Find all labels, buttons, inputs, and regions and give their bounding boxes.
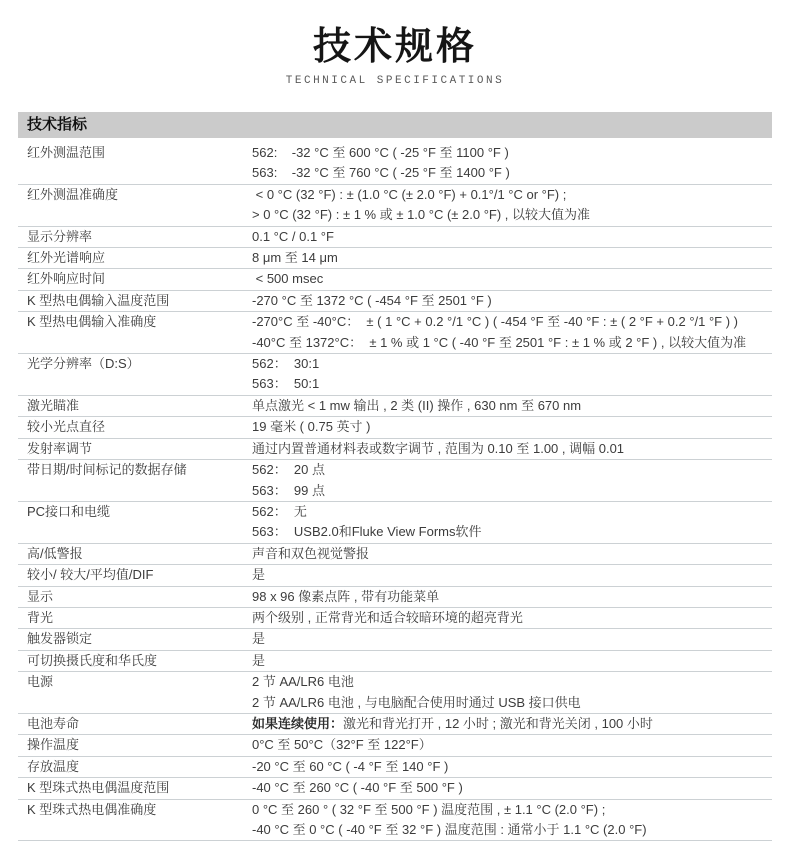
spec-table: 红外测温范围 562: -32 °C 至 600 °C ( -25 °F 至 1… (18, 143, 772, 841)
spec-row: 红外测温范围 562: -32 °C 至 600 °C ( -25 °F 至 1… (18, 143, 772, 185)
spec-value-line: -40 °C 至 0 °C ( -40 °F 至 32 °F ) 温度范围 : … (252, 820, 772, 840)
spec-values: -40 °C 至 260 °C ( -40 °F 至 500 °F ) (252, 778, 772, 798)
spec-value-line: 98 x 96 像素点阵 , 带有功能菜单 (252, 587, 772, 607)
spec-row: 带日期/时间标记的数据存储 562： 20 点563： 99 点 (18, 460, 772, 502)
spec-label: 显示 (18, 587, 252, 607)
spec-value-line: 声音和双色视觉警报 (252, 544, 772, 564)
spec-label: 存放温度 (18, 757, 252, 777)
spec-value-line: 562： 30:1 (252, 354, 772, 374)
spec-values: 562: -32 °C 至 600 °C ( -25 °F 至 1100 °F … (252, 143, 772, 184)
spec-row: 红外光谱响应 8 μm 至 14 μm (18, 248, 772, 269)
spec-values: 19 毫米 ( 0.75 英寸 ) (252, 417, 772, 437)
spec-values: 声音和双色视觉警报 (252, 544, 772, 564)
spec-label: 显示分辨率 (18, 227, 252, 247)
spec-value-line: 如果连续使用：激光和背光打开 , 12 小时 ; 激光和背光关闭 , 100 小… (252, 714, 772, 734)
spec-label: 红外测温范围 (18, 143, 252, 184)
spec-label: 红外光谱响应 (18, 248, 252, 268)
spec-row: 红外测温准确度 < 0 °C (32 °F) : ± (1.0 °C (± 2.… (18, 185, 772, 227)
spec-values: -20 °C 至 60 °C ( -4 °F 至 140 °F ) (252, 757, 772, 777)
spec-value-line: 563： 99 点 (252, 481, 772, 501)
spec-value-line: 562: -32 °C 至 600 °C ( -25 °F 至 1100 °F … (252, 143, 772, 163)
spec-label: 激光瞄准 (18, 396, 252, 416)
spec-value-line: 19 毫米 ( 0.75 英寸 ) (252, 417, 772, 437)
spec-value-line: 2 节 AA/LR6 电池 , 与电脑配合使用时通过 USB 接口供电 (252, 693, 772, 713)
spec-values: 98 x 96 像素点阵 , 带有功能菜单 (252, 587, 772, 607)
spec-value-line: 两个级别 , 正常背光和适合较暗环境的超亮背光 (252, 608, 772, 628)
spec-label: 高/低警报 (18, 544, 252, 564)
spec-label: K 型热电偶输入温度范围 (18, 291, 252, 311)
page-title: 技术规格 (0, 24, 790, 70)
spec-label: PC接口和电缆 (18, 502, 252, 543)
spec-row: 触发器锁定 是 (18, 629, 772, 650)
spec-row: 发射率调节 通过内置普通材料表或数字调节 , 范围为 0.10 至 1.00 ,… (18, 439, 772, 460)
spec-row: 显示 98 x 96 像素点阵 , 带有功能菜单 (18, 587, 772, 608)
spec-row: K 型珠式热电偶准确度 0 °C 至 260 ° ( 32 °F 至 500 °… (18, 800, 772, 842)
spec-row: 电源 2 节 AA/LR6 电池2 节 AA/LR6 电池 , 与电脑配合使用时… (18, 672, 772, 714)
spec-values: 是 (252, 651, 772, 671)
spec-values: -270°C 至 -40°C： ± ( 1 °C + 0.2 °/1 °C ) … (252, 312, 772, 353)
spec-values: 是 (252, 629, 772, 649)
spec-value-line: < 0 °C (32 °F) : ± (1.0 °C (± 2.0 °F) + … (252, 185, 772, 205)
spec-value-line: -20 °C 至 60 °C ( -4 °F 至 140 °F ) (252, 757, 772, 777)
title-block: 技术规格 TECHNICAL SPECIFICATIONS (0, 0, 790, 87)
spec-label: 光学分辨率（D:S） (18, 354, 252, 395)
spec-values: 两个级别 , 正常背光和适合较暗环境的超亮背光 (252, 608, 772, 628)
spec-values: 562： 无563： USB2.0和Fluke View Forms软件 (252, 502, 772, 543)
spec-value-line: 0.1 °C / 0.1 °F (252, 227, 772, 247)
spec-label: 较小/ 较大/平均值/DIF (18, 565, 252, 585)
spec-value-line: 8 μm 至 14 μm (252, 248, 772, 268)
spec-label: 发射率调节 (18, 439, 252, 459)
spec-label: 较小光点直径 (18, 417, 252, 437)
spec-values: 通过内置普通材料表或数字调节 , 范围为 0.10 至 1.00 , 调幅 0.… (252, 439, 772, 459)
spec-value-line: 是 (252, 629, 772, 649)
spec-row: 光学分辨率（D:S） 562： 30:1563： 50:1 (18, 354, 772, 396)
spec-row: K 型珠式热电偶温度范围 -40 °C 至 260 °C ( -40 °F 至 … (18, 778, 772, 799)
spec-values: 如果连续使用：激光和背光打开 , 12 小时 ; 激光和背光关闭 , 100 小… (252, 714, 772, 734)
spec-value-line: -270°C 至 -40°C： ± ( 1 °C + 0.2 °/1 °C ) … (252, 312, 772, 332)
spec-row: 存放温度 -20 °C 至 60 °C ( -4 °F 至 140 °F ) (18, 757, 772, 778)
spec-label: 红外响应时间 (18, 269, 252, 289)
spec-values: < 0 °C (32 °F) : ± (1.0 °C (± 2.0 °F) + … (252, 185, 772, 226)
spec-label: 可切换摄氏度和华氏度 (18, 651, 252, 671)
spec-value-line: 562： 无 (252, 502, 772, 522)
spec-values: < 500 msec (252, 269, 772, 289)
spec-label: K 型热电偶输入准确度 (18, 312, 252, 353)
spec-value-line: 0°C 至 50°C（32°F 至 122°F） (252, 735, 772, 755)
spec-row: 激光瞄准 单点激光 < 1 mw 输出 , 2 类 (II) 操作 , 630 … (18, 396, 772, 417)
spec-values: 0°C 至 50°C（32°F 至 122°F） (252, 735, 772, 755)
spec-value-line: < 500 msec (252, 269, 772, 289)
spec-value-line: 563： USB2.0和Fluke View Forms软件 (252, 522, 772, 542)
spec-values: 562： 30:1563： 50:1 (252, 354, 772, 395)
spec-value-line: 563： 50:1 (252, 374, 772, 394)
spec-values: 0.1 °C / 0.1 °F (252, 227, 772, 247)
spec-value-line: 563: -32 °C 至 760 °C ( -25 °F 至 1400 °F … (252, 163, 772, 183)
spec-value-line: -40 °C 至 260 °C ( -40 °F 至 500 °F ) (252, 778, 772, 798)
spec-value-line: 通过内置普通材料表或数字调节 , 范围为 0.10 至 1.00 , 调幅 0.… (252, 439, 772, 459)
spec-label: 触发器锁定 (18, 629, 252, 649)
spec-page: 技术规格 TECHNICAL SPECIFICATIONS 技术指标 红外测温范… (0, 0, 790, 853)
spec-label: 操作温度 (18, 735, 252, 755)
spec-row: 显示分辨率 0.1 °C / 0.1 °F (18, 227, 772, 248)
spec-values: 0 °C 至 260 ° ( 32 °F 至 500 °F ) 温度范围 , ±… (252, 800, 772, 841)
spec-row: 背光 两个级别 , 正常背光和适合较暗环境的超亮背光 (18, 608, 772, 629)
spec-row: K 型热电偶输入温度范围 -270 °C 至 1372 °C ( -454 °F… (18, 291, 772, 312)
spec-row: K 型热电偶输入准确度 -270°C 至 -40°C： ± ( 1 °C + 0… (18, 312, 772, 354)
spec-value-line: 2 节 AA/LR6 电池 (252, 672, 772, 692)
spec-label: 红外测温准确度 (18, 185, 252, 226)
spec-label: 背光 (18, 608, 252, 628)
spec-value-line: > 0 °C (32 °F) : ± 1 % 或 ± 1.0 °C (± 2.0… (252, 205, 772, 225)
spec-label: 带日期/时间标记的数据存储 (18, 460, 252, 501)
spec-row: 电池寿命 如果连续使用：激光和背光打开 , 12 小时 ; 激光和背光关闭 , … (18, 714, 772, 735)
spec-values: 单点激光 < 1 mw 输出 , 2 类 (II) 操作 , 630 nm 至 … (252, 396, 772, 416)
spec-value-line: -40°C 至 1372°C： ± 1 % 或 1 °C ( -40 °F 至 … (252, 333, 772, 353)
spec-value-line: 562： 20 点 (252, 460, 772, 480)
spec-row: 操作温度 0°C 至 50°C（32°F 至 122°F） (18, 735, 772, 756)
section-header-bar: 技术指标 (18, 112, 772, 138)
spec-value-line: 0 °C 至 260 ° ( 32 °F 至 500 °F ) 温度范围 , ±… (252, 800, 772, 820)
page-subtitle: TECHNICAL SPECIFICATIONS (0, 75, 790, 87)
spec-values: 2 节 AA/LR6 电池2 节 AA/LR6 电池 , 与电脑配合使用时通过 … (252, 672, 772, 713)
spec-label: 电源 (18, 672, 252, 713)
spec-row: 可切换摄氏度和华氏度 是 (18, 651, 772, 672)
spec-label: 电池寿命 (18, 714, 252, 734)
spec-label: K 型珠式热电偶温度范围 (18, 778, 252, 798)
spec-value-line: 单点激光 < 1 mw 输出 , 2 类 (II) 操作 , 630 nm 至 … (252, 396, 772, 416)
spec-values: 8 μm 至 14 μm (252, 248, 772, 268)
spec-row: 高/低警报 声音和双色视觉警报 (18, 544, 772, 565)
spec-row: 较小/ 较大/平均值/DIF 是 (18, 565, 772, 586)
spec-values: 是 (252, 565, 772, 585)
spec-values: -270 °C 至 1372 °C ( -454 °F 至 2501 °F ) (252, 291, 772, 311)
spec-row: 红外响应时间 < 500 msec (18, 269, 772, 290)
spec-label: K 型珠式热电偶准确度 (18, 800, 252, 841)
spec-values: 562： 20 点563： 99 点 (252, 460, 772, 501)
spec-row: PC接口和电缆 562： 无563： USB2.0和Fluke View For… (18, 502, 772, 544)
spec-value-line: -270 °C 至 1372 °C ( -454 °F 至 2501 °F ) (252, 291, 772, 311)
spec-row: 较小光点直径 19 毫米 ( 0.75 英寸 ) (18, 417, 772, 438)
spec-value-line: 是 (252, 565, 772, 585)
spec-value-line: 是 (252, 651, 772, 671)
